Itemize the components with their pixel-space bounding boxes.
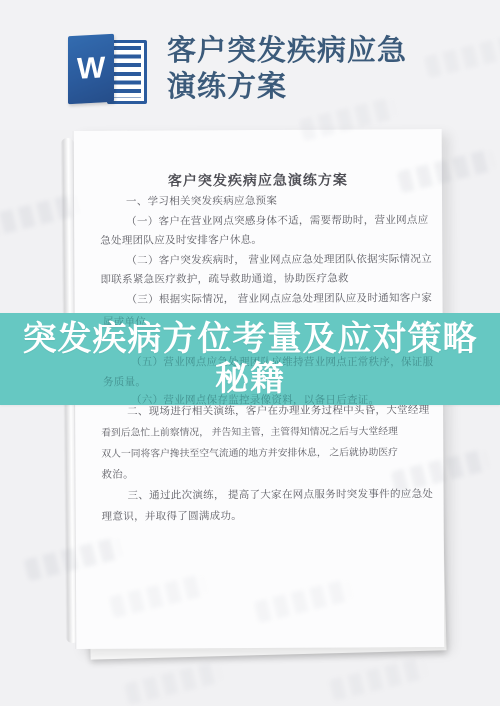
doc-line: 看到后急忙上前察情况， 并告知主管，主管得知情况之后与大堂经理 <box>75 421 443 444</box>
doc-line: （二）客户突发疾病时， 营业网点应急处理团队依据实际情况立 <box>74 250 442 271</box>
doc-line: 急处理团队应及时安排客户休息。 <box>74 230 442 251</box>
watermark-blur <box>329 657 427 702</box>
watermark-blur <box>124 661 222 706</box>
doc-line: 救治。 <box>75 463 443 486</box>
document-body-top: 一、学习相关突发疾病应急预案 （一）客户在营业网点突感身体不适，需要帮助时，营业… <box>74 191 443 310</box>
word-icon-panel: W <box>68 34 114 104</box>
doc-line: （三）根据实际情况， 营业网点应急处理团队应及时通知客户家 <box>74 289 442 310</box>
doc-line: 三、通过此次演练， 提高了大家在网点服务时突发事件的应急处 <box>76 484 444 507</box>
doc-line: 理意识，并取得了圆满成功。 <box>76 505 444 528</box>
document-body-bottom: 二、现场进行相关演练，客户在办理业务过程中头昏，大堂经理 看到后急忙上前察情况，… <box>75 400 444 528</box>
document-title: 客户突发疾病应急演练方案 <box>74 169 442 191</box>
header-title-line2: 演练方案 <box>167 69 407 105</box>
banner-title-line1: 突发疾病方位考量及应对策略 <box>23 319 478 359</box>
header-title: 客户突发疾病应急 演练方案 <box>167 33 407 105</box>
doc-line: 一、学习相关突发疾病应急预案 <box>74 191 442 212</box>
doc-line: 双人一同将客户搀扶至空气流通的地方并安排休息， 之后就协助医疗 <box>75 442 443 465</box>
promo-banner: 属或单位。 （五）营业网点应急处理团队应维持营业网点正常秩序，保证服 务质量。 … <box>0 313 500 405</box>
doc-line: 即联系紧急医疗救护，疏导救助通道，协助医疗急救 <box>74 269 442 290</box>
header-title-line1: 客户突发疾病应急 <box>167 33 407 69</box>
doc-line: （一）客户在营业网点突感身体不适，需要帮助时，营业网点应 <box>74 211 442 232</box>
banner-title: 突发疾病方位考量及应对策略 秘籍 <box>0 313 500 405</box>
word-document-icon: W <box>68 33 150 107</box>
page-root: { "header": { "icon_letter": "W", "title… <box>0 0 500 706</box>
banner-title-line2: 秘籍 <box>215 359 285 399</box>
word-icon-letter: W <box>77 53 105 84</box>
